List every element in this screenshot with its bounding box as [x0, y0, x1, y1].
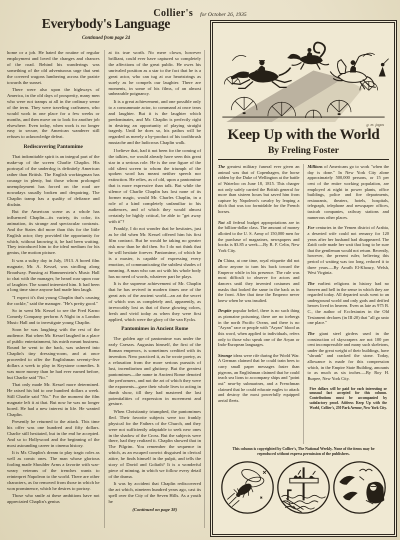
sea-lion-cartoon [276, 460, 331, 515]
fact-item: The giant steel girders used in the cons… [308, 331, 390, 382]
eagle-cartoon [332, 460, 387, 515]
paragraph: home or a job. He hated the routine of r… [7, 50, 100, 86]
submission-note: Five dollars will be paid for each inter… [310, 387, 388, 411]
article-column-2: at its true worth. No mere clown, howeve… [105, 50, 206, 528]
issue-date: for October 26, 1935 [200, 12, 246, 18]
paragraph: When Christianity triumphed, the pantomi… [109, 409, 202, 480]
fact-item: Not all federal budget appropriations ar… [218, 220, 300, 254]
paragraph: Soon he was laughing with the rest of th… [7, 327, 100, 380]
bee-cartoon [220, 460, 275, 515]
article-column-1: home or a job. He hated the routine of r… [7, 50, 105, 528]
paragraph: That only made Mr. Kessel more determine… [7, 382, 100, 418]
paragraph: But the American scene as a whole has in… [7, 209, 100, 256]
fact-item: The greatest military funeral ever given… [218, 164, 300, 215]
distant-rider [379, 59, 389, 77]
copyright-note: This column is copyrighted by Collier's,… [227, 447, 381, 457]
fact-item: Millions of Americans go to work "when t… [308, 164, 390, 220]
second-horse-and-rider [287, 43, 329, 70]
black-horse-and-rider [231, 60, 292, 88]
paragraph: "I expect it's that young Chaplin that's… [7, 295, 100, 307]
steeplechase-illustration [218, 27, 389, 122]
paragraph: It is the supreme achievement of Mr. Cha… [109, 281, 202, 322]
fact-item: Despite popular belief, there is no such… [218, 308, 300, 347]
article-columns: home or a job. He hated the routine of r… [7, 50, 205, 528]
article-everybodys-language: Everybody's Language Continued from page… [7, 16, 205, 528]
paragraph: It is Mr. Chaplin's dream to play tragic… [7, 450, 100, 491]
magazine-page: Collier's for October 26, 1935 Everybody… [0, 0, 400, 540]
paragraph: That indomitable spirit is an integral p… [7, 154, 100, 207]
continued-from-note: Continued from page 24 [7, 36, 205, 41]
subhead-rediscovering-pantomime: Rediscovering Pantomime [7, 144, 100, 151]
fact-item: The earliest religions in history had no… [308, 281, 390, 326]
paragraph: The golden age of pantomime was under th… [109, 336, 202, 407]
keep-up-with-the-world-box: g. m. jagas Keep Up with the World By Fr… [210, 20, 397, 537]
paragraph: It was by accident that Chaplin rediscov… [109, 481, 202, 505]
feature-title: Keep Up with the World [218, 127, 389, 144]
article-title: Everybody's Language [7, 16, 205, 32]
fact-item: For centuries in the Yemen district of A… [308, 225, 390, 276]
byline-rule [218, 159, 389, 160]
fact-item: In China, at one time, royal etiquette d… [218, 258, 300, 303]
feature-columns: The greatest military funeral ever given… [218, 164, 389, 444]
paragraph: Presently he returned to the attack. Thi… [7, 419, 100, 449]
paragraph: It was a sultry day in July, 1913. A bor… [7, 258, 100, 294]
feature-column-left: The greatest military funeral ever given… [218, 164, 303, 444]
cartoon-medallions [218, 460, 389, 515]
paragraph: at its true worth. No mere clown, howeve… [109, 50, 202, 97]
paragraph: So in went Mr. Kessel to see the Fred Ka… [7, 308, 100, 326]
paragraph: It is a great achievement, and one possi… [109, 99, 202, 146]
feature-column-right: Millions of Americans go to work "when t… [303, 164, 390, 444]
paragraph: There were also upon the highways of Ame… [7, 87, 100, 140]
subhead-pantomimes-ancient-rome: Pantomimes in Ancient Rome [109, 326, 202, 333]
continued-on-note: (Continued on page 38) [109, 507, 202, 513]
paragraph: I believe that, had it not been for the … [109, 148, 202, 225]
fact-item: Strange ideas were rife during the World… [218, 353, 300, 404]
paragraph: Those who smile at these ambitions have … [7, 493, 100, 505]
feature-byline: By Freling Foster [218, 146, 389, 156]
paragraph: Frankly, I do not wonder that he hesitat… [109, 226, 202, 279]
